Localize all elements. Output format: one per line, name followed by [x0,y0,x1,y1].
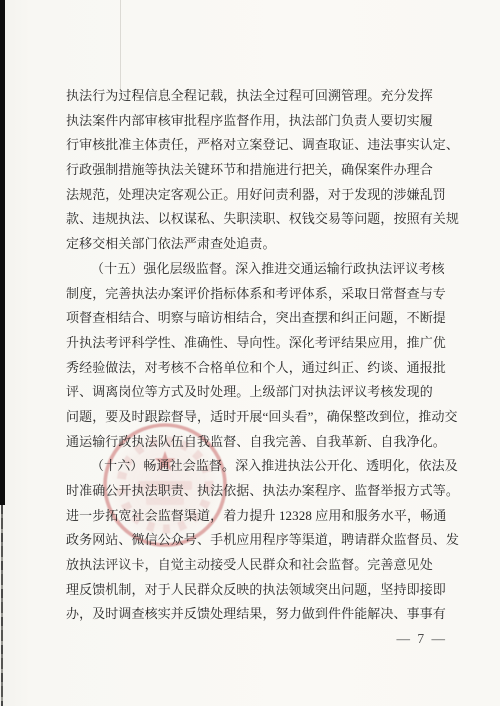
text-line: （十五）强化层级监督。深入推进交通运输行政执法评议考核 [66,257,458,282]
document-page: 执法行为过程信息全程记载，执法全过程可回溯管理。充分发挥 执法案件内部审核审批程… [0,0,500,706]
text-line: 执法案件内部审核审批程序监督作用，执法部门负责人要切实履 [66,109,458,134]
text-line: 问题，要及时跟踪督导，适时开展“回头看”，确保整改到位，推动交 [66,405,458,430]
text-line: 通运输行政执法队伍自我监督、自我完善、自我革新、自我净化。 [66,430,458,455]
text-line: 办，及时调查核实并反馈处理结果，努力做到件件能解决、事事有 [66,602,458,627]
text-line: 款、违规执法、以权谋私、失职渎职、权钱交易等问题，按照有关规 [66,207,458,232]
document-text-block: 执法行为过程信息全程记载，执法全过程可回溯管理。充分发挥 执法案件内部审核审批程… [66,84,458,627]
text-line: 定移交相关部门依法严肃查处追责。 [66,232,458,257]
paragraph-continuation: 执法行为过程信息全程记载，执法全过程可回溯管理。充分发挥 执法案件内部审核审批程… [66,84,458,257]
text-line: 执法行为过程信息全程记载，执法全过程可回溯管理。充分发挥 [66,84,458,109]
paragraph-item-15: （十五）强化层级监督。深入推进交通运输行政执法评议考核 制度，完善执法办案评价指… [66,257,458,455]
text-line: （十六）畅通社会监督。深入推进执法公开化、透明化，依法及 [66,454,458,479]
text-line: 政务网站、微信公众号、手机应用程序等渠道，聘请群众监督员、发 [66,528,458,553]
text-line: 行审核批准主体责任，严格对立案登记、调查取证、违法事实认定、 [66,133,458,158]
text-line: 升执法考评科学性、准确性、导向性。深化考评结果应用，推广优 [66,331,458,356]
text-line: 法规范，处理决定客观公正。用好问责利器，对于发现的涉嫌乱罚 [66,183,458,208]
text-line: 进一步拓宽社会监督渠道，着力提升 12328 应用和服务水平，畅通 [66,504,458,529]
text-line: 评、调离岗位等方式及时处理。上级部门对执法评议考核发现的 [66,380,458,405]
scan-edge-bar [0,0,5,505]
text-line: 行政强制措施等执法关键环节和措施进行把关，确保案件办理合 [66,158,458,183]
scan-edge-bar-lower [1,505,3,706]
page-number: — 7 — [397,631,448,647]
paper-crease-line [120,0,121,96]
text-line: 时准确公开执法职责、执法依据、执法办案程序、监督举报方式等。 [66,479,458,504]
text-line: 秀经验做法，对考核不合格单位和个人，通过纠正、约谈、通报批 [66,356,458,381]
text-line: 项督查相结合、明察与暗访相结合，突出查摆和纠正问题，不断提 [66,306,458,331]
text-line: 放执法评议卡，自觉主动接受人民群众和社会监督。完善意见处 [66,553,458,578]
text-line: 理反馈机制，对于人民群众反映的执法领域突出问题，坚持即接即 [66,578,458,603]
paragraph-item-16: （十六）畅通社会监督。深入推进执法公开化、透明化，依法及 时准确公开执法职责、执… [66,454,458,627]
text-line: 制度，完善执法办案评价指标体系和考评体系，采取日常督查与专 [66,282,458,307]
